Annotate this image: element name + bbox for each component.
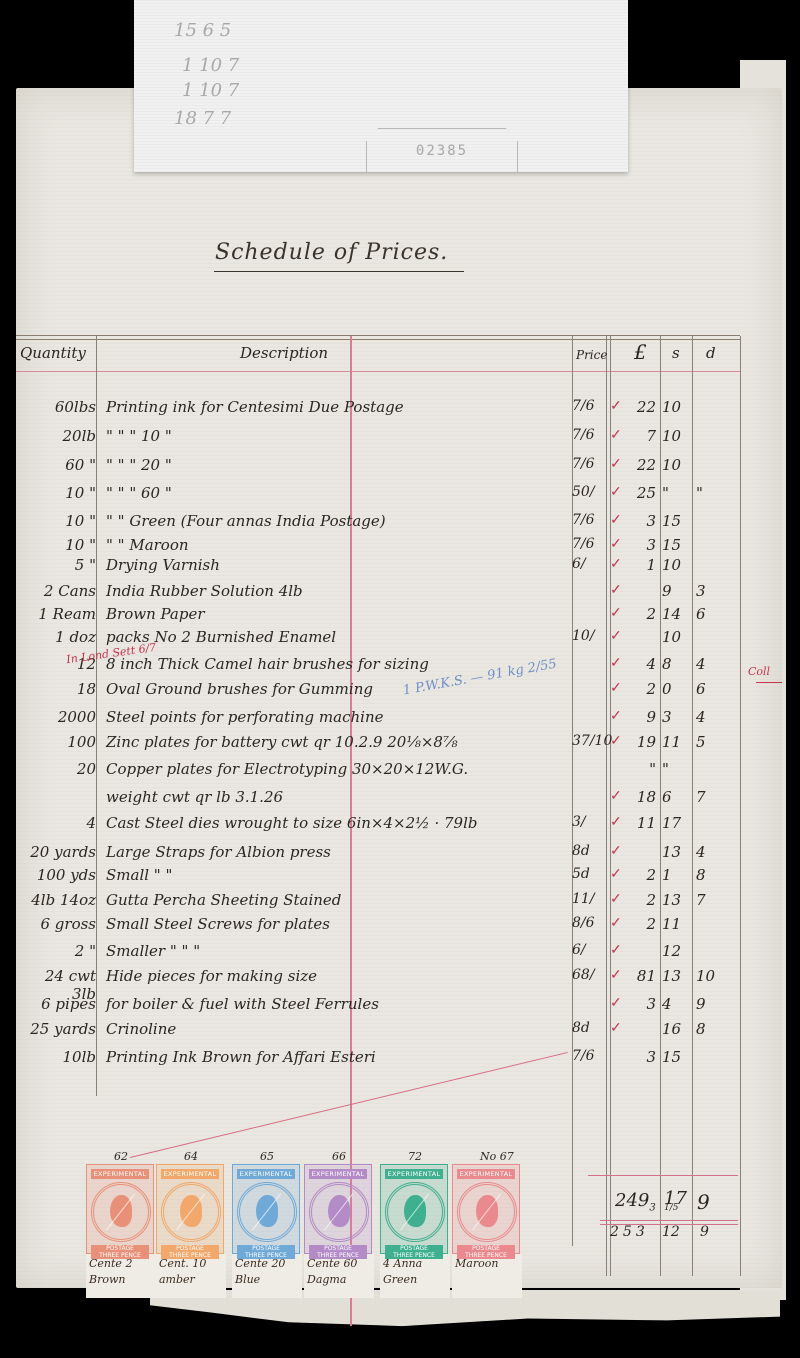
row-description: Oval Ground brushes for Gumming <box>106 680 373 698</box>
row-quantity: 4lb 14oz <box>18 891 96 909</box>
row-pounds: 2 <box>618 605 656 623</box>
red-checkmark-icon: ✓ <box>610 843 622 859</box>
document-title: Schedule of Prices. <box>215 240 448 265</box>
row-quantity: 6 pipes <box>18 995 96 1013</box>
pencil-line-3: 1 10 7 <box>182 80 239 101</box>
schedule-row: 20lb" " " 10 "7/6710✓ <box>0 427 800 451</box>
schedule-row: 18Oval Ground brushes for Gumming206✓ <box>0 680 800 704</box>
portrait-medallion-icon <box>91 1182 151 1242</box>
schedule-row: 6 grossSmall Steel Screws for plates8/62… <box>0 915 800 939</box>
pencil-line-4: 18 7 7 <box>174 108 231 129</box>
schedule-row: 100 ydsSmall " "5d218✓ <box>0 866 800 890</box>
stamp-number: 65 <box>260 1150 274 1163</box>
row-pence: 5 <box>696 733 716 751</box>
stamp-caption-line2: amber <box>159 1272 223 1288</box>
grand-total-pounds: 253 <box>610 1224 649 1240</box>
stamp-banner: EXPERIMENTAL <box>309 1169 367 1179</box>
row-shillings: 1 <box>662 866 690 884</box>
row-description: Gutta Percha Sheeting Stained <box>106 891 341 909</box>
row-pence: 8 <box>696 866 716 884</box>
row-pounds: 3 <box>618 536 656 554</box>
stamp-footer-postage: POSTAGE <box>309 1245 367 1252</box>
red-checkmark-icon: ✓ <box>610 456 622 472</box>
stamp-footer: POSTAGETHREE PENCE <box>457 1245 515 1259</box>
row-rate: 7/6 <box>572 536 606 552</box>
margin-note: Coll <box>748 665 770 678</box>
stamp-caption: Cente 20Blue <box>232 1254 302 1298</box>
stamp-caption-line2: Blue <box>235 1272 299 1288</box>
stamp-proof: EXPERIMENTALPOSTAGETHREE PENCECent. 10am… <box>156 1164 226 1298</box>
row-shillings: 16 <box>662 1020 690 1038</box>
portrait-medallion-icon <box>237 1182 297 1242</box>
stamp-footer-postage: POSTAGE <box>237 1245 295 1252</box>
row-description: Cast Steel dies wrought to size 6in×4×2½… <box>106 814 477 832</box>
row-shillings: 8 <box>662 655 690 673</box>
row-quantity: 10 " <box>18 536 96 554</box>
pencil-line-1: 15 6 5 <box>174 20 231 41</box>
schedule-row: 10 "" " Green (Four annas India Postage)… <box>0 512 800 536</box>
red-checkmark-icon: ✓ <box>610 1020 622 1036</box>
attached-paper-slip: 15 6 5 1 10 7 1 10 7 18 7 7 02385 <box>134 0 628 172</box>
schedule-row: 20 yardsLarge Straps for Albion press8d1… <box>0 843 800 867</box>
row-quantity: 100 yds <box>18 866 96 884</box>
row-pounds: 3 <box>618 1048 656 1066</box>
total-rule-top <box>588 1175 738 1176</box>
row-description: " " " 20 " <box>106 456 172 474</box>
row-description: " " Maroon <box>106 536 189 554</box>
stamp-banner: EXPERIMENTAL <box>385 1169 443 1179</box>
portrait-medallion-icon <box>457 1182 517 1242</box>
schedule-row: 24 cwt 3lbHide pieces for making size68/… <box>0 967 800 991</box>
row-quantity: 60lbs <box>18 398 96 416</box>
row-description: " " Green (Four annas India Postage) <box>106 512 386 530</box>
stamp-proof: EXPERIMENTALPOSTAGETHREE PENCE4 AnnaGree… <box>380 1164 450 1298</box>
row-pounds: 2 <box>618 915 656 933</box>
stamp-image: EXPERIMENTALPOSTAGETHREE PENCE <box>452 1164 520 1254</box>
row-shillings: 13 <box>662 967 690 985</box>
row-shillings: 17 <box>662 814 690 832</box>
row-pounds: 3 <box>618 512 656 530</box>
row-rate: 5d <box>572 866 606 882</box>
row-quantity: 4 <box>18 814 96 832</box>
row-quantity: 1 doz <box>18 628 96 646</box>
stamp-footer-postage: POSTAGE <box>385 1245 443 1252</box>
row-rate: 6/ <box>572 556 606 572</box>
row-pounds: 2 <box>618 891 656 909</box>
schedule-row: 2 CansIndia Rubber Solution 4lb93✓ <box>0 582 800 606</box>
red-checkmark-icon: ✓ <box>610 398 622 414</box>
subtotal-pence: 9 <box>697 1190 710 1214</box>
row-description: weight cwt qr lb 3.1.26 <box>106 788 283 806</box>
row-pounds: 9 <box>618 708 656 726</box>
row-rate: 6/ <box>572 942 606 958</box>
red-checkmark-icon: ✓ <box>610 891 622 907</box>
row-rate: 7/6 <box>572 456 606 472</box>
stamp-caption: Cent. 10amber <box>156 1254 226 1298</box>
stamp-image: EXPERIMENTALPOSTAGETHREE PENCE <box>380 1164 448 1254</box>
row-pence: 6 <box>696 680 716 698</box>
row-description: " " " 60 " <box>106 484 172 502</box>
row-quantity: 10 " <box>18 512 96 530</box>
row-pounds: 18 <box>618 788 656 806</box>
row-quantity: 2 Cans <box>18 582 96 600</box>
row-pounds: 4 <box>618 655 656 673</box>
serial-number: 02385 <box>416 143 468 159</box>
row-pounds: 81 <box>618 967 656 985</box>
red-checkmark-icon: ✓ <box>610 995 622 1011</box>
row-description: Copper plates for Electrotyping 30×20×12… <box>106 760 468 778</box>
schedule-row: 10lbPrinting Ink Brown for Affari Esteri… <box>0 1048 800 1072</box>
schedule-row: 4Cast Steel dies wrought to size 6in×4×2… <box>0 814 800 838</box>
row-shillings: 14 <box>662 605 690 623</box>
row-quantity: 18 <box>18 680 96 698</box>
header-rate: Price <box>576 348 607 362</box>
row-rate: 7/6 <box>572 1048 606 1064</box>
stamp-caption-line2: Dagma <box>307 1272 371 1288</box>
row-pence: " <box>696 484 716 502</box>
row-description: Zinc plates for battery cwt qr 10.2.9 20… <box>106 733 458 751</box>
stamp-footer: POSTAGETHREE PENCE <box>385 1245 443 1259</box>
header-quantity: Quantity <box>20 344 86 362</box>
red-checkmark-icon: ✓ <box>610 536 622 552</box>
red-checkmark-icon: ✓ <box>610 866 622 882</box>
row-pounds: 22 <box>618 456 656 474</box>
row-rate: 50/ <box>572 484 606 500</box>
red-checkmark-icon: ✓ <box>610 942 622 958</box>
table-top-rule <box>16 335 740 340</box>
row-description: Drying Varnish <box>106 556 220 574</box>
row-pounds: 1 <box>618 556 656 574</box>
row-description: Large Straps for Albion press <box>106 843 331 861</box>
red-checkmark-icon: ✓ <box>610 556 622 572</box>
row-shillings: 10 <box>662 398 690 416</box>
row-rate: 7/6 <box>572 427 606 443</box>
row-description: India Rubber Solution 4lb <box>106 582 303 600</box>
row-description: Small " " <box>106 866 172 884</box>
header-pounds: £ <box>634 340 647 364</box>
portrait-medallion-icon <box>309 1182 369 1242</box>
red-checkmark-icon: ✓ <box>610 628 622 644</box>
row-rate: 37/10 <box>572 733 606 749</box>
row-rate: 68/ <box>572 967 606 983</box>
stamp-banner: EXPERIMENTAL <box>161 1169 219 1179</box>
row-pounds: 22 <box>618 398 656 416</box>
row-shillings: 15 <box>662 536 690 554</box>
row-quantity: 2 " <box>18 942 96 960</box>
stamp-proof: EXPERIMENTALPOSTAGETHREE PENCECente 60Da… <box>304 1164 374 1298</box>
row-pounds: 2 <box>618 680 656 698</box>
row-pence: 9 <box>696 995 716 1013</box>
row-shillings: 15 <box>662 1048 690 1066</box>
schedule-row: 60lbsPrinting ink for Centesimi Due Post… <box>0 398 800 422</box>
subtotal-shillings: 171/5 <box>664 1188 687 1213</box>
red-checkmark-icon: ✓ <box>610 708 622 724</box>
row-description: Hide pieces for making size <box>106 967 317 985</box>
row-quantity: 20 yards <box>18 843 96 861</box>
stamp-number: 62 <box>114 1150 128 1163</box>
row-description: Printing Ink Brown for Affari Esteri <box>106 1048 376 1066</box>
row-quantity: 1 Ream <box>18 605 96 623</box>
schedule-row: 2000Steel points for perforating machine… <box>0 708 800 732</box>
row-rate: 8/6 <box>572 915 606 931</box>
stamp-footer: POSTAGETHREE PENCE <box>237 1245 295 1259</box>
row-shillings: 10 <box>662 556 690 574</box>
red-checkmark-icon: ✓ <box>610 427 622 443</box>
schedule-row: 25 yardsCrinoline8d168✓ <box>0 1020 800 1044</box>
row-quantity: 2000 <box>18 708 96 726</box>
row-rate: 7/6 <box>572 398 606 414</box>
grand-total-pence: 9 <box>700 1224 709 1240</box>
row-pounds: 7 <box>618 427 656 445</box>
embossed-serial-stamp: 02385 <box>366 128 518 173</box>
row-pence: 7 <box>696 788 716 806</box>
row-rate: 10/ <box>572 628 606 644</box>
row-quantity: 60 " <box>18 456 96 474</box>
row-description: for boiler & fuel with Steel Ferrules <box>106 995 379 1013</box>
row-pence: 4 <box>696 708 716 726</box>
red-checkmark-icon: ✓ <box>610 788 622 804</box>
schedule-row: 20Copper plates for Electrotyping 30×20×… <box>0 760 800 784</box>
row-description: Small Steel Screws for plates <box>106 915 330 933</box>
stamp-footer-postage: POSTAGE <box>457 1245 515 1252</box>
schedule-row: weight cwt qr lb 3.1.261867✓ <box>0 788 800 812</box>
stamp-number: 64 <box>184 1150 198 1163</box>
row-pounds: 2 <box>618 866 656 884</box>
stamp-footer-value: THREE PENCE <box>385 1252 443 1259</box>
row-description: Printing ink for Centesimi Due Postage <box>106 398 404 416</box>
row-pounds: 25 <box>618 484 656 502</box>
row-description: Brown Paper <box>106 605 205 623</box>
header-pence: d <box>706 344 716 362</box>
row-pounds: 11 <box>618 814 656 832</box>
row-rate: 11/ <box>572 891 606 907</box>
title-underline <box>214 271 464 272</box>
stamp-image: EXPERIMENTALPOSTAGETHREE PENCE <box>156 1164 224 1254</box>
stamp-footer: POSTAGETHREE PENCE <box>309 1245 367 1259</box>
stamp-number: No 67 <box>480 1150 514 1163</box>
stamp-footer-value: THREE PENCE <box>161 1252 219 1259</box>
schedule-row: 100Zinc plates for battery cwt qr 10.2.9… <box>0 733 800 757</box>
red-checkmark-icon: ✓ <box>610 680 622 696</box>
row-shillings: 13 <box>662 843 690 861</box>
stamp-caption-line2: Brown <box>89 1272 153 1288</box>
red-checkmark-icon: ✓ <box>610 967 622 983</box>
row-quantity: 100 <box>18 733 96 751</box>
portrait-medallion-icon <box>161 1182 221 1242</box>
row-quantity: 10 " <box>18 484 96 502</box>
total-rule-middle <box>600 1220 738 1221</box>
stamp-proof: EXPERIMENTALPOSTAGETHREE PENCEMaroon <box>452 1164 522 1298</box>
stamp-proof: EXPERIMENTALPOSTAGETHREE PENCECente 20Bl… <box>232 1164 302 1298</box>
row-shillings: 6 <box>662 788 690 806</box>
stamp-banner: EXPERIMENTAL <box>237 1169 295 1179</box>
stamp-footer-value: THREE PENCE <box>309 1252 367 1259</box>
row-shillings: 4 <box>662 995 690 1013</box>
schedule-row: 5 "Drying Varnish6/110✓ <box>0 556 800 580</box>
stamp-caption-line2: Green <box>383 1272 447 1288</box>
subtotal-pounds: 2493 <box>615 1190 656 1214</box>
red-checkmark-icon: ✓ <box>610 605 622 621</box>
stamp-caption: 4 AnnaGreen <box>380 1254 450 1298</box>
row-pence: 10 <box>696 967 716 985</box>
row-pence: 6 <box>696 605 716 623</box>
row-shillings: 15 <box>662 512 690 530</box>
stamp-number: 66 <box>332 1150 346 1163</box>
row-shillings: 10 <box>662 427 690 445</box>
margin-underline <box>756 682 782 683</box>
row-description: Smaller " " " <box>106 942 200 960</box>
row-description: " " " 10 " <box>106 427 172 445</box>
subtotal-pounds-note: 3 <box>649 1203 655 1214</box>
row-quantity: 10lb <box>18 1048 96 1066</box>
row-shillings: 10 <box>662 456 690 474</box>
row-rate: 7/6 <box>572 512 606 528</box>
schedule-row: 10 "" " " 60 "50/25""✓ <box>0 484 800 508</box>
row-shillings: 10 <box>662 628 690 646</box>
row-pounds: " <box>618 760 656 778</box>
stamp-footer: POSTAGETHREE PENCE <box>91 1245 149 1259</box>
row-pence: 4 <box>696 843 716 861</box>
row-shillings: 13 <box>662 891 690 909</box>
row-quantity: 25 yards <box>18 1020 96 1038</box>
header-description: Description <box>240 344 328 362</box>
subtotal-pounds-value: 249 <box>615 1190 649 1211</box>
row-pounds: 19 <box>618 733 656 751</box>
row-pounds: 3 <box>618 995 656 1013</box>
grand-total-shillings: 12 <box>662 1224 680 1240</box>
table-header-rule <box>16 371 740 372</box>
stamp-footer-value: THREE PENCE <box>91 1252 149 1259</box>
stamp-number: 72 <box>408 1150 422 1163</box>
stamp-proof: EXPERIMENTALPOSTAGETHREE PENCECente 2Bro… <box>86 1164 156 1298</box>
row-quantity: 5 " <box>18 556 96 574</box>
row-pence: 4 <box>696 655 716 673</box>
red-checkmark-icon: ✓ <box>610 733 622 749</box>
header-shillings: s <box>672 344 680 362</box>
row-pence: 7 <box>696 891 716 909</box>
red-checkmark-icon: ✓ <box>610 484 622 500</box>
row-description: Crinoline <box>106 1020 176 1038</box>
red-checkmark-icon: ✓ <box>610 814 622 830</box>
row-quantity: 6 gross <box>18 915 96 933</box>
stamp-footer-postage: POSTAGE <box>91 1245 149 1252</box>
row-shillings: " <box>662 484 690 502</box>
schedule-row: 1 ReamBrown Paper2146✓ <box>0 605 800 629</box>
stamp-caption: Maroon <box>452 1254 522 1298</box>
stamp-image: EXPERIMENTALPOSTAGETHREE PENCE <box>304 1164 372 1254</box>
stamp-caption: Cente 2Brown <box>86 1254 156 1298</box>
stamp-image: EXPERIMENTALPOSTAGETHREE PENCE <box>86 1164 154 1254</box>
stamp-footer-value: THREE PENCE <box>457 1252 515 1259</box>
row-shillings: 11 <box>662 915 690 933</box>
schedule-row: 2 "Smaller " " "6/12✓ <box>0 942 800 966</box>
stamp-image: EXPERIMENTALPOSTAGETHREE PENCE <box>232 1164 300 1254</box>
row-pence: 8 <box>696 1020 716 1038</box>
stamp-banner: EXPERIMENTAL <box>91 1169 149 1179</box>
row-description: Steel points for perforating machine <box>106 708 384 726</box>
stamp-footer-postage: POSTAGE <box>161 1245 219 1252</box>
row-quantity: 20 <box>18 760 96 778</box>
row-rate: 3/ <box>572 814 606 830</box>
row-pence: 3 <box>696 582 716 600</box>
schedule-row: 4lb 14ozGutta Percha Sheeting Stained11/… <box>0 891 800 915</box>
stamp-banner: EXPERIMENTAL <box>457 1169 515 1179</box>
pencil-line-2: 1 10 7 <box>182 55 239 76</box>
row-shillings: " <box>662 760 690 778</box>
row-rate: 8d <box>572 843 606 859</box>
row-description: 8 inch Thick Camel hair brushes for sizi… <box>106 655 429 673</box>
row-quantity: 20lb <box>18 427 96 445</box>
row-shillings: 9 <box>662 582 690 600</box>
stamp-footer: POSTAGETHREE PENCE <box>161 1245 219 1259</box>
red-checkmark-icon: ✓ <box>610 512 622 528</box>
stamp-caption: Cente 60Dagma <box>304 1254 374 1298</box>
row-shillings: 12 <box>662 942 690 960</box>
stamp-footer-value: THREE PENCE <box>237 1252 295 1259</box>
row-shillings: 11 <box>662 733 690 751</box>
row-shillings: 0 <box>662 680 690 698</box>
schedule-row: 6 pipesfor boiler & fuel with Steel Ferr… <box>0 995 800 1019</box>
row-shillings: 3 <box>662 708 690 726</box>
schedule-row: 60 "" " " 20 "7/62210✓ <box>0 456 800 480</box>
row-rate: 8d <box>572 1020 606 1036</box>
red-checkmark-icon: ✓ <box>610 915 622 931</box>
red-checkmark-icon: ✓ <box>610 582 622 598</box>
red-checkmark-icon: ✓ <box>610 655 622 671</box>
portrait-medallion-icon <box>385 1182 445 1242</box>
